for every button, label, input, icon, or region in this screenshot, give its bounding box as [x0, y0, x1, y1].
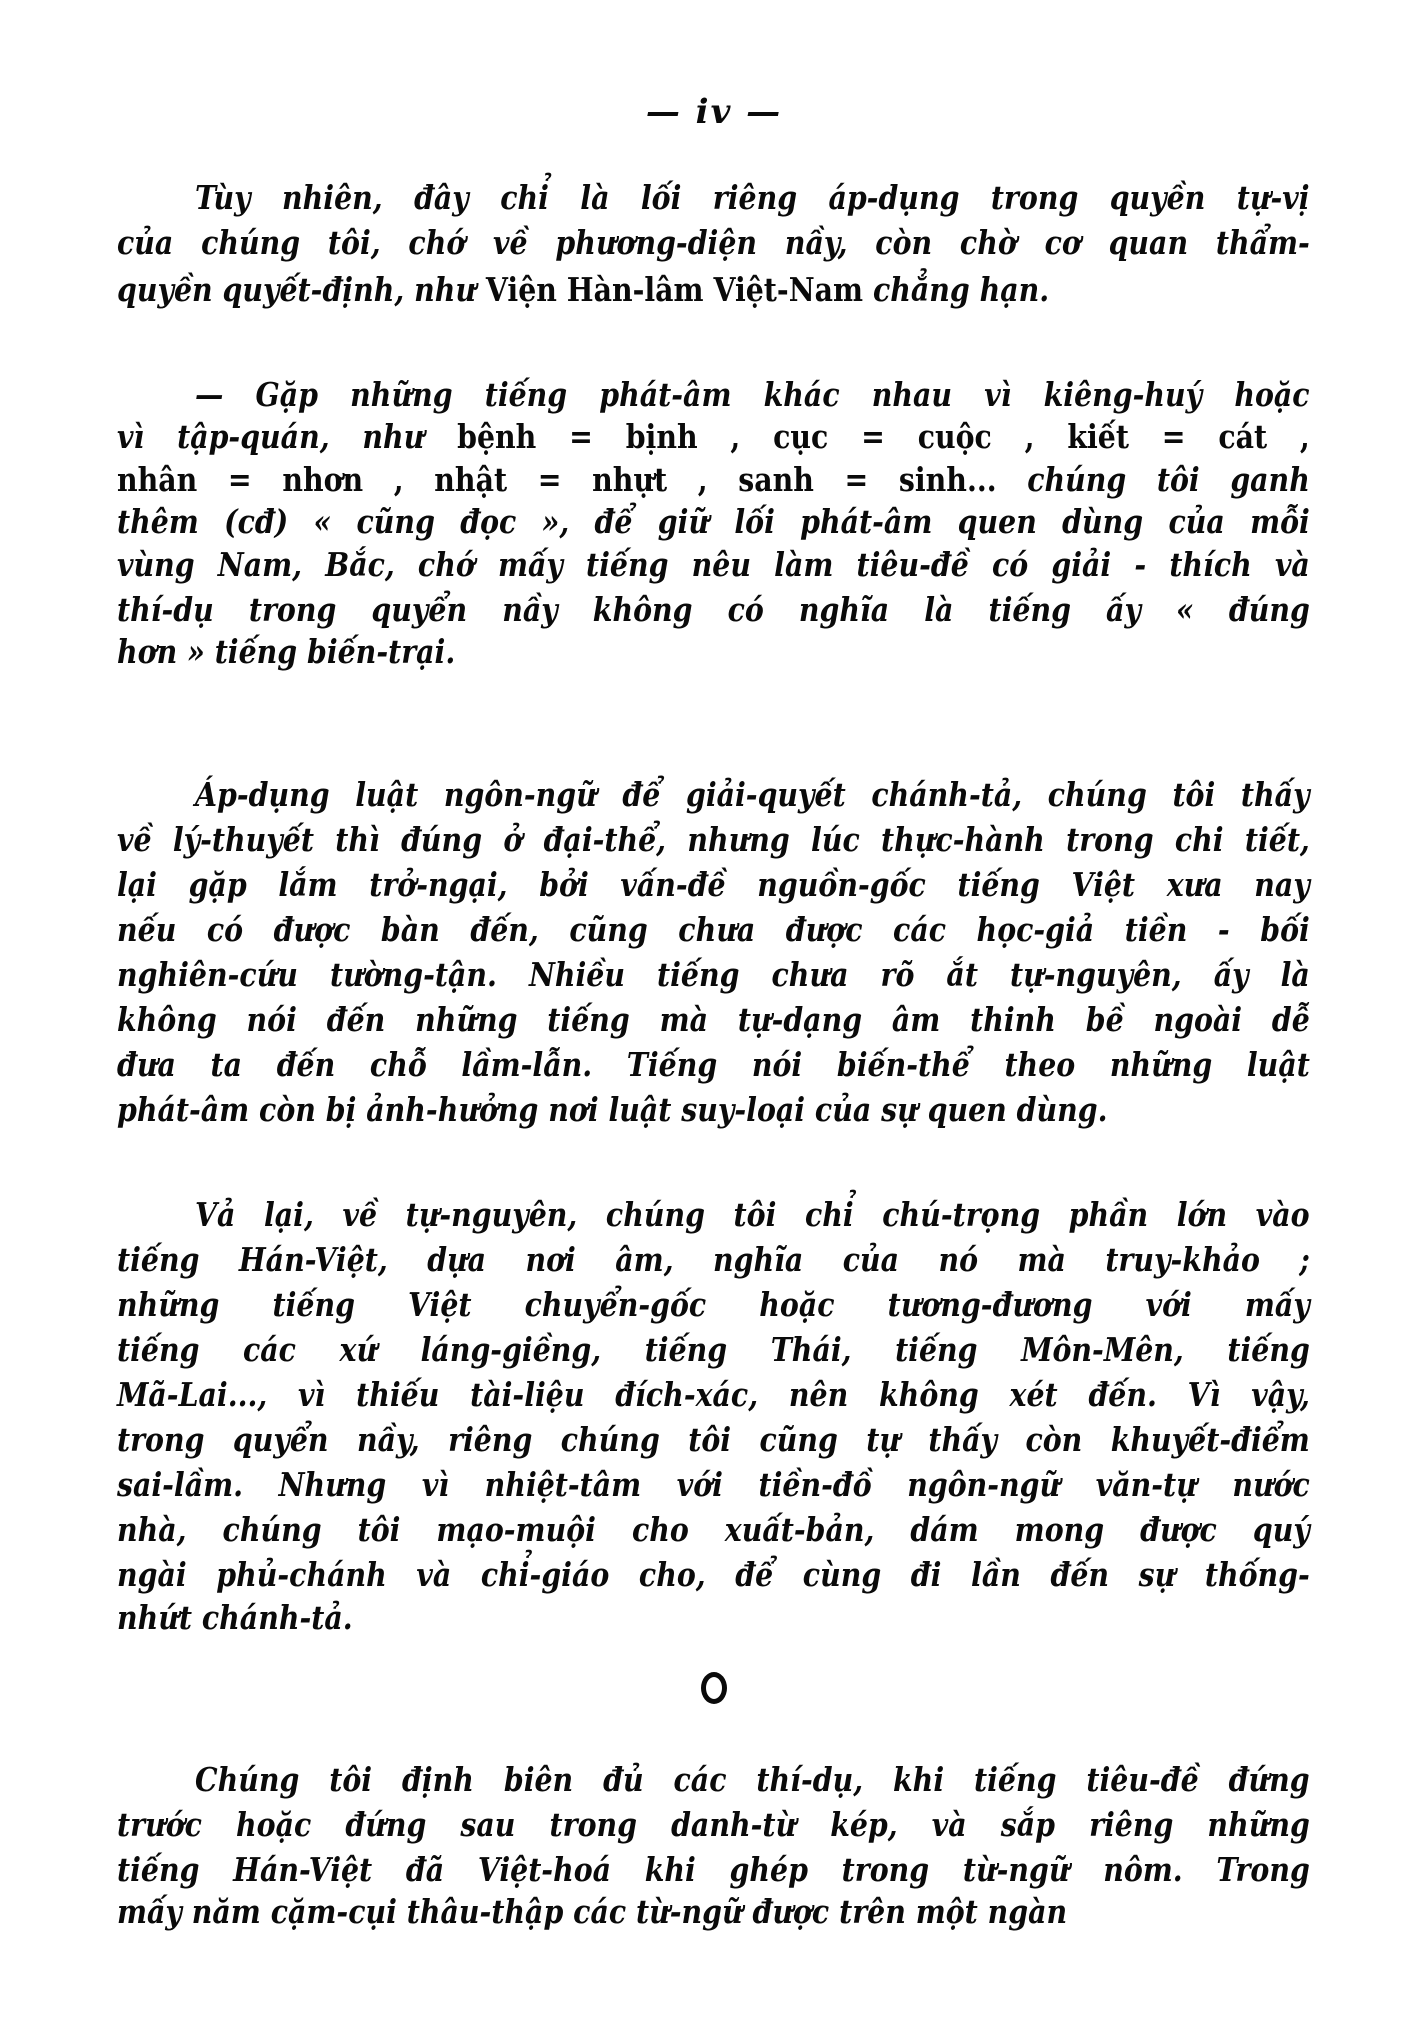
p4-line: ngài phủ-chánh và chỉ-giáo cho, để cùng …	[117, 1552, 1310, 1598]
text-segment: về lý-thuyết thì đúng ở đại-thể, nhưng l…	[117, 820, 1310, 859]
p3-line: phát-âm còn bị ảnh-hưởng nơi luật suy-lo…	[117, 1087, 1310, 1133]
text-segment: thí-dụ trong quyển nầy không có nghĩa là…	[117, 590, 1310, 629]
text-segment: lại gặp lắm trở-ngại, bởi vấn-đề nguồn-g…	[117, 865, 1310, 904]
p3-line: đưa ta đến chỗ lầm-lẫn. Tiếng nói biến-t…	[117, 1042, 1310, 1088]
p4-line: tiếng Hán-Việt, dựa nơi âm, nghĩa của nó…	[117, 1237, 1310, 1283]
p3-line: không nói đến những tiếng mà tự-dạng âm …	[117, 997, 1310, 1043]
text-segment: nếu có được bàn đến, cũng chưa được các …	[117, 910, 1310, 949]
text-segment: tiếng Hán-Việt đã Việt-hoá khi ghép tron…	[117, 1850, 1310, 1889]
text-segment: mấy năm cặm-cụi thâu-thập các từ-ngữ đượ…	[117, 1892, 1067, 1931]
p3-line: nếu có được bàn đến, cũng chưa được các …	[117, 907, 1310, 953]
text-segment: tiếng các xứ láng-giềng, tiếng Thái, tiế…	[117, 1330, 1310, 1369]
text-segment: chẳng hạn.	[863, 270, 1049, 309]
roman-text-segment: bệnh = bịnh , cục = cuộc , kiết = cát ,	[457, 417, 1310, 456]
circle-ornament-icon	[701, 1672, 727, 1704]
text-segment: Vả lại, về tự-nguyên, chúng tôi chỉ chú-…	[195, 1195, 1310, 1234]
p5-line: mấy năm cặm-cụi thâu-thập các từ-ngữ đượ…	[117, 1889, 1310, 1935]
text-segment: những tiếng Việt chuyển-gốc hoặc tương-đ…	[117, 1285, 1310, 1324]
p3-line: nghiên-cứu tường-tận. Nhiều tiếng chưa r…	[117, 952, 1310, 998]
text-segment: tiếng Hán-Việt, dựa nơi âm, nghĩa của nó…	[117, 1240, 1310, 1279]
text-segment: Chúng tôi định biên đủ các thí-dụ, khi t…	[195, 1760, 1310, 1799]
text-segment: không nói đến những tiếng mà tự-dạng âm …	[117, 1000, 1310, 1039]
text-segment: Tùy nhiên, đây chỉ là lối riêng áp-dụng …	[195, 178, 1310, 217]
text-segment: trước hoặc đứng sau trong danh-từ kép, v…	[117, 1805, 1310, 1844]
text-segment: nhà, chúng tôi mạo-muội cho xuất-bản, dá…	[117, 1510, 1310, 1549]
p4-line: trong quyển nầy, riêng chúng tôi cũng tự…	[117, 1417, 1310, 1463]
p4-line: nhứt chánh-tả.	[117, 1595, 1310, 1641]
text-segment: thêm (cđ) « cũng đọc », để giữ lối phát-…	[117, 502, 1310, 541]
page-number: — iv —	[0, 92, 1428, 132]
p5-line: Chúng tôi định biên đủ các thí-dụ, khi t…	[195, 1757, 1310, 1803]
text-segment: hơn » tiếng biến-trại.	[117, 632, 455, 671]
p2-line: vì tập-quán, như bệnh = bịnh , cục = cuộ…	[117, 414, 1310, 460]
p5-line: tiếng Hán-Việt đã Việt-hoá khi ghép tron…	[117, 1847, 1310, 1893]
p2-line: vùng Nam, Bắc, chớ mấy tiếng nêu làm tiê…	[117, 542, 1310, 588]
text-segment: ngài phủ-chánh và chỉ-giáo cho, để cùng …	[117, 1555, 1310, 1594]
text-segment: chúng tôi ganh	[997, 460, 1310, 499]
p1-line: Tùy nhiên, đây chỉ là lối riêng áp-dụng …	[195, 175, 1310, 221]
p3-line: về lý-thuyết thì đúng ở đại-thể, nhưng l…	[117, 817, 1310, 863]
text-segment: vùng Nam, Bắc, chớ mấy tiếng nêu làm tiê…	[117, 545, 1310, 584]
text-segment: đưa ta đến chỗ lầm-lẫn. Tiếng nói biến-t…	[117, 1045, 1310, 1084]
text-segment: nghiên-cứu tường-tận. Nhiều tiếng chưa r…	[117, 955, 1310, 994]
text-segment: nhứt chánh-tả.	[117, 1598, 353, 1637]
text-segment: trong quyển nầy, riêng chúng tôi cũng tự…	[117, 1420, 1310, 1459]
text-segment: phát-âm còn bị ảnh-hưởng nơi luật suy-lo…	[117, 1090, 1107, 1129]
p2-line: hơn » tiếng biến-trại.	[117, 629, 1310, 675]
p4-line: Vả lại, về tự-nguyên, chúng tôi chỉ chú-…	[195, 1192, 1310, 1238]
text-segment: — Gặp những tiếng phát-âm khác nhau vì k…	[195, 375, 1310, 414]
p2-line: thêm (cđ) « cũng đọc », để giữ lối phát-…	[117, 499, 1310, 545]
book-page: — iv — Tùy nhiên, đây chỉ là lối riêng á…	[0, 0, 1428, 2028]
p4-line: tiếng các xứ láng-giềng, tiếng Thái, tiế…	[117, 1327, 1310, 1373]
text-segment: Áp-dụng luật ngôn-ngữ để giải-quyết chán…	[195, 775, 1310, 814]
p4-line: sai-lầm. Nhưng vì nhiệt-tâm với tiền-đồ …	[117, 1462, 1310, 1508]
p2-line: — Gặp những tiếng phát-âm khác nhau vì k…	[195, 372, 1310, 418]
roman-text-segment: nhân = nhơn , nhật = nhựt , sanh = sinh.…	[117, 460, 997, 499]
p1-line: quyền quyết-định, như Viện Hàn-lâm Việt-…	[117, 267, 1310, 313]
p3-line: Áp-dụng luật ngôn-ngữ để giải-quyết chán…	[195, 772, 1310, 818]
text-segment: quyền quyết-định, như	[117, 270, 486, 309]
p4-line: những tiếng Việt chuyển-gốc hoặc tương-đ…	[117, 1282, 1310, 1328]
text-segment: vì tập-quán, như	[117, 417, 457, 456]
text-segment: sai-lầm. Nhưng vì nhiệt-tâm với tiền-đồ …	[117, 1465, 1310, 1504]
roman-text-segment: Viện Hàn-lâm Việt-Nam	[486, 270, 863, 309]
p2-line: nhân = nhơn , nhật = nhựt , sanh = sinh.…	[117, 457, 1310, 503]
text-segment: của chúng tôi, chớ về phương-diện nầy, c…	[117, 223, 1310, 262]
p4-line: nhà, chúng tôi mạo-muội cho xuất-bản, dá…	[117, 1507, 1310, 1553]
p1-line: của chúng tôi, chớ về phương-diện nầy, c…	[117, 220, 1310, 266]
p3-line: lại gặp lắm trở-ngại, bởi vấn-đề nguồn-g…	[117, 862, 1310, 908]
p2-line: thí-dụ trong quyển nầy không có nghĩa là…	[117, 587, 1310, 633]
p4-line: Mã-Lai..., vì thiếu tài-liệu đích-xác, n…	[117, 1372, 1310, 1418]
text-segment: Mã-Lai..., vì thiếu tài-liệu đích-xác, n…	[117, 1375, 1310, 1414]
p5-line: trước hoặc đứng sau trong danh-từ kép, v…	[117, 1802, 1310, 1848]
